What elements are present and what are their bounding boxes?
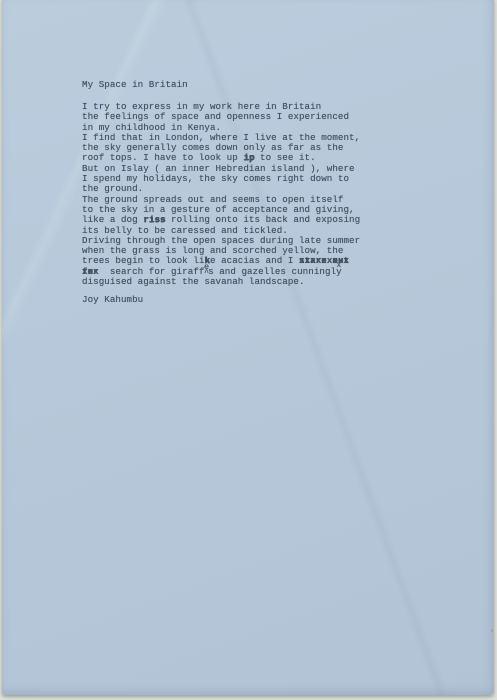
typed-line: disguised against the savanah landscape. [82, 277, 360, 287]
photo-of-document: { "paper": { "background": "#b6c8d9", "i… [0, 0, 497, 700]
author-signature: Joy Kahumbu [82, 295, 143, 305]
document-title: My Space in Britain [82, 80, 188, 90]
paper-speck [491, 629, 493, 632]
blue-paper-sheet: My Space in Britain I try to express in … [2, 0, 494, 695]
typed-body: I try to express in my work here in Brit… [82, 102, 360, 287]
